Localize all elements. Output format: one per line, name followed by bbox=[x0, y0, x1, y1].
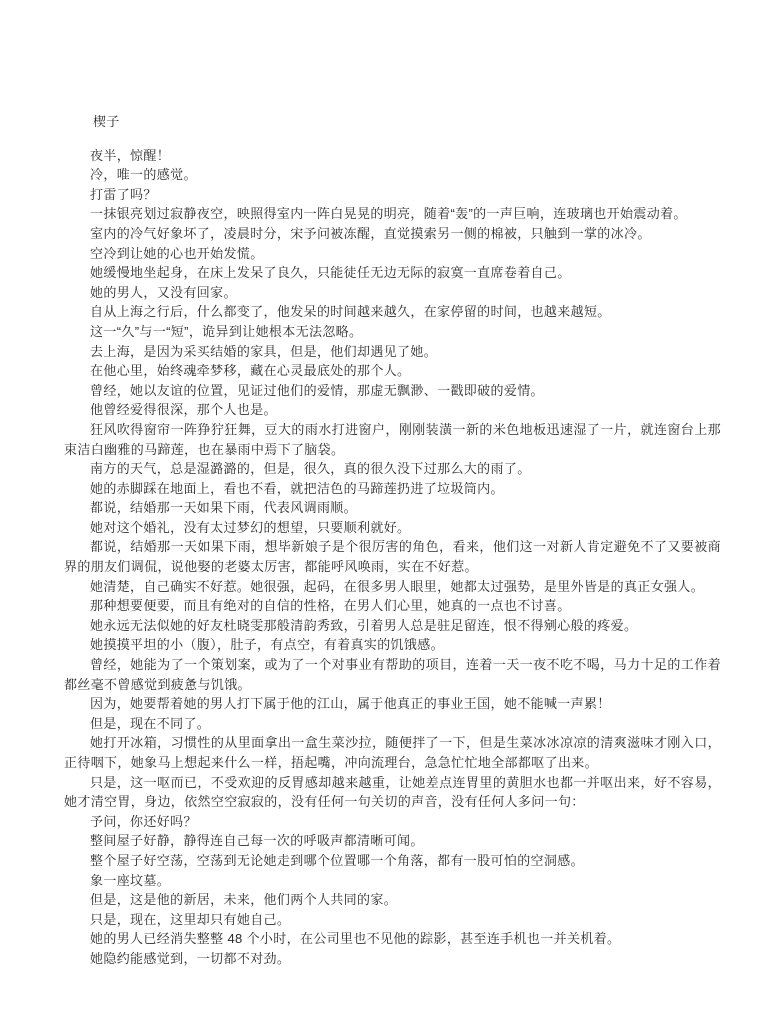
document-body: 夜半，惊醒！冷，唯一的感觉。打雷了吗？一抹银亮划过寂静夜空，映照得室内一阵白晃晃… bbox=[64, 146, 721, 969]
paragraph: 整间屋子好静，静得连自己每一次的呼吸声都清晰可闻。 bbox=[64, 831, 721, 851]
paragraph: 他曾经爱得很深，那个人也是。 bbox=[64, 400, 721, 420]
paragraph: 那种想要便要，而且有绝对的自信的性格，在男人们心里，她真的一点也不讨喜。 bbox=[64, 596, 721, 616]
paragraph: 打雷了吗？ bbox=[64, 185, 721, 205]
paragraph: 曾经，她以友谊的位置，见证过他们的爱情，那虚无飘渺、一戳即破的爱情。 bbox=[64, 381, 721, 401]
paragraph: 狂风吹得窗帘一阵狰狞狂舞，豆大的雨水打进窗户，刚刚装潢一新的米色地板迅速湿了一片… bbox=[64, 420, 721, 459]
paragraph: 她隐约能感觉到，一切都不对劲。 bbox=[64, 949, 721, 969]
paragraph: 自从上海之行后，什么都变了，他发呆的时间越来越久，在家停留的时间，也越来越短。 bbox=[64, 302, 721, 322]
paragraph: 南方的天气，总是湿潞潞的，但是，很久，真的很久没下过那么大的雨了。 bbox=[64, 459, 721, 479]
paragraph: 这一“久”与一“短”，诡异到让她根本无法忽略。 bbox=[64, 322, 721, 342]
paragraph: 曾经，她能为了一个策划案，或为了一个对事业有帮助的项目，连着一天一夜不吃不喝，马… bbox=[64, 655, 721, 694]
paragraph: 她的男人已经消失整整 48 个小时，在公司里也不见他的踪影，甚至连手机也一并关机… bbox=[64, 929, 721, 949]
paragraph: 她的赤脚踩在地面上，看也不看，就把洁色的马蹄莲扔进了垃圾筒内。 bbox=[64, 479, 721, 499]
paragraph: 她清楚，自己确实不好惹。她很强，起码，在很多男人眼里，她都太过强势，是里外皆是的… bbox=[64, 577, 721, 597]
paragraph: 因为，她要帮着她的男人打下属于他的江山，属于他真正的事业王国，她不能喊一声累！ bbox=[64, 694, 721, 714]
paragraph: 她永远无法似她的好友杜晓雯那般清韵秀致，引着男人总是驻足留连，恨不得剜心般的疼爱… bbox=[64, 616, 721, 636]
paragraph: 去上海，是因为采买结婚的家具，但是，他们却遇见了她。 bbox=[64, 342, 721, 362]
paragraph: 她摸摸平坦的小（腹），肚子，有点空，有着真实的饥饿感。 bbox=[64, 635, 721, 655]
paragraph: 只是，这一呕而已，不受欢迎的反胃感却越来越重，让她差点连胃里的黄胆水也都一并呕出… bbox=[64, 773, 721, 812]
paragraph: 室内的冷气好象坏了，凌晨时分，宋予问被冻醒，直觉摸索另一侧的棉被，只触到一掌的冰… bbox=[64, 224, 721, 244]
paragraph: 都说，结婚那一天如果下雨，代表风调雨顺。 bbox=[64, 498, 721, 518]
paragraph: 只是，现在，这里却只有她自己。 bbox=[64, 910, 721, 930]
chapter-title: 楔子 bbox=[64, 112, 721, 132]
paragraph: 象一座坟墓。 bbox=[64, 871, 721, 891]
paragraph: 都说，结婚那一天如果下雨，想毕新娘子是个很厉害的角色，看来，他们这一对新人肯定避… bbox=[64, 537, 721, 576]
document-page: 楔子 夜半，惊醒！冷，唯一的感觉。打雷了吗？一抹银亮划过寂静夜空，映照得室内一阵… bbox=[0, 0, 768, 1024]
paragraph: 她对这个婚礼，没有太过梦幻的想望，只要顺利就好。 bbox=[64, 518, 721, 538]
paragraph: 冷，唯一的感觉。 bbox=[64, 165, 721, 185]
paragraph: 她打开冰箱，习惯性的从里面拿出一盒生菜沙拉，随便拌了一下，但是生菜冰冰凉凉的清爽… bbox=[64, 733, 721, 772]
paragraph: 予问，你还好吗？ bbox=[64, 812, 721, 832]
paragraph: 她的男人，又没有回家。 bbox=[64, 283, 721, 303]
paragraph: 夜半，惊醒！ bbox=[64, 146, 721, 166]
paragraph: 她缓慢地坐起身，在床上发呆了良久，只能徒任无边无际的寂寞一直席卷着自己。 bbox=[64, 263, 721, 283]
paragraph: 整个屋子好空荡，空荡到无论她走到哪个位置哪一个角落，都有一股可怕的空洞感。 bbox=[64, 851, 721, 871]
paragraph: 在他心里，始终魂牵梦移，藏在心灵最底处的那个人。 bbox=[64, 361, 721, 381]
paragraph: 但是，这是他的新居，未来，他们两个人共同的家。 bbox=[64, 890, 721, 910]
paragraph: 但是，现在不同了。 bbox=[64, 714, 721, 734]
paragraph: 一抹银亮划过寂静夜空，映照得室内一阵白晃晃的明亮，随着“轰”的一声巨响，连玻璃也… bbox=[64, 204, 721, 224]
paragraph: 空冷到让她的心也开始发慌。 bbox=[64, 244, 721, 264]
